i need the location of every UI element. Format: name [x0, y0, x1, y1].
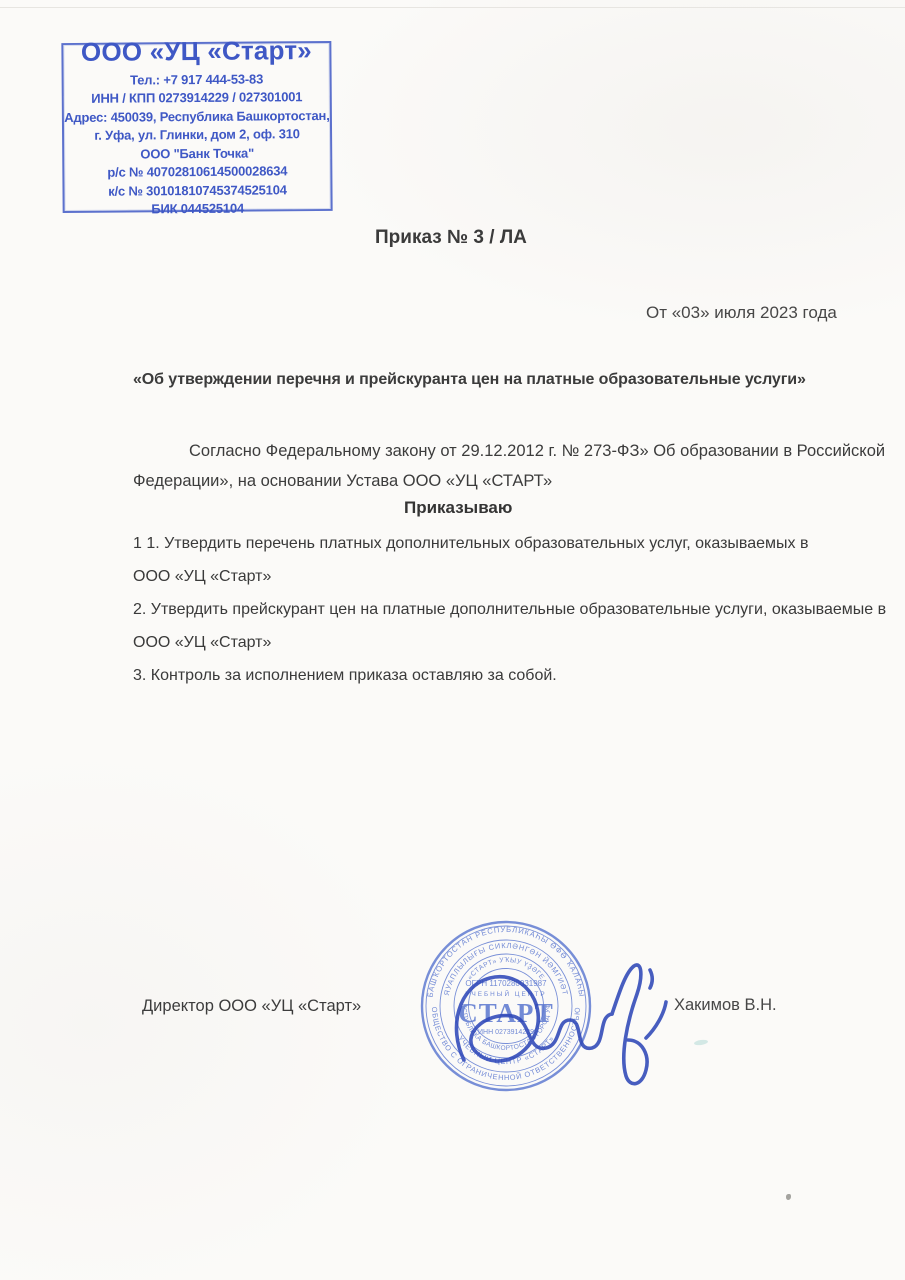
preamble-line-2: Федерации», на основании Устава ООО «УЦ … — [133, 472, 552, 491]
letterhead-settlement-account: р/с № 40702810614500028634 — [107, 162, 287, 182]
letterhead-inn-kpp: ИНН / КПП 0273914229 / 027301001 — [91, 88, 302, 108]
scanned-document-page: ООО «УЦ «Старт» Тел.: +7 917 444-53-83 И… — [0, 0, 905, 1280]
round-seal-graphic: БАШҠОРТОСТАН РЕСПУБЛИКАҺЫ ӨФӨ ҠАЛАҺЫ ОБЩ… — [398, 910, 718, 1115]
letterhead-bank-name: ООО "Банк Точка" — [140, 144, 254, 163]
order-item-1: 1 1. Утвердить перечень платных дополнит… — [133, 527, 886, 560]
order-item-1-org: ООО «УЦ «Старт» — [133, 560, 886, 593]
document-title: Приказ № 3 / ЛА — [375, 227, 527, 249]
signature-role: Директор ООО «УЦ «Старт» — [142, 997, 361, 1016]
order-item-2: 2. Утвердить прейскурант цен на платные … — [133, 593, 886, 626]
letterhead-phone: Тел.: +7 917 444-53-83 — [130, 70, 263, 90]
round-seal-and-signature: БАШҠОРТОСТАН РЕСПУБЛИКАҺЫ ӨФӨ ҠАЛАҺЫ ОБЩ… — [398, 910, 718, 1115]
letterhead-corr-account: к/с № 30101810745374525104 — [108, 181, 287, 201]
order-item-3: 3. Контроль за исполнением приказа остав… — [133, 659, 886, 692]
preamble-line-1: Согласно Федеральному закону от 29.12.20… — [189, 442, 885, 461]
document-date: От «03» июля 2023 года — [646, 303, 837, 323]
letterhead-stamp: ООО «УЦ «Старт» Тел.: +7 917 444-53-83 И… — [61, 41, 332, 213]
order-items-list: 1 1. Утвердить перечень платных дополнит… — [133, 527, 886, 692]
letterhead-address-line2: г. Уфа, ул. Глинки, дом 2, оф. 310 — [94, 125, 300, 145]
letterhead-bik: БИК 044525104 — [151, 200, 244, 219]
order-item-2-org: ООО «УЦ «Старт» — [133, 626, 886, 659]
document-subject: «Об утверждении перечня и прейскуранта ц… — [133, 371, 806, 389]
letterhead-address-line1: Адрес: 450039, Республика Башкортостан, — [64, 106, 329, 127]
order-word: Приказываю — [404, 498, 512, 518]
letterhead-company-name: ООО «УЦ «Старт» — [81, 35, 312, 68]
scan-artifact-speck — [786, 1194, 791, 1200]
scan-artifact-top-line — [0, 7, 905, 8]
